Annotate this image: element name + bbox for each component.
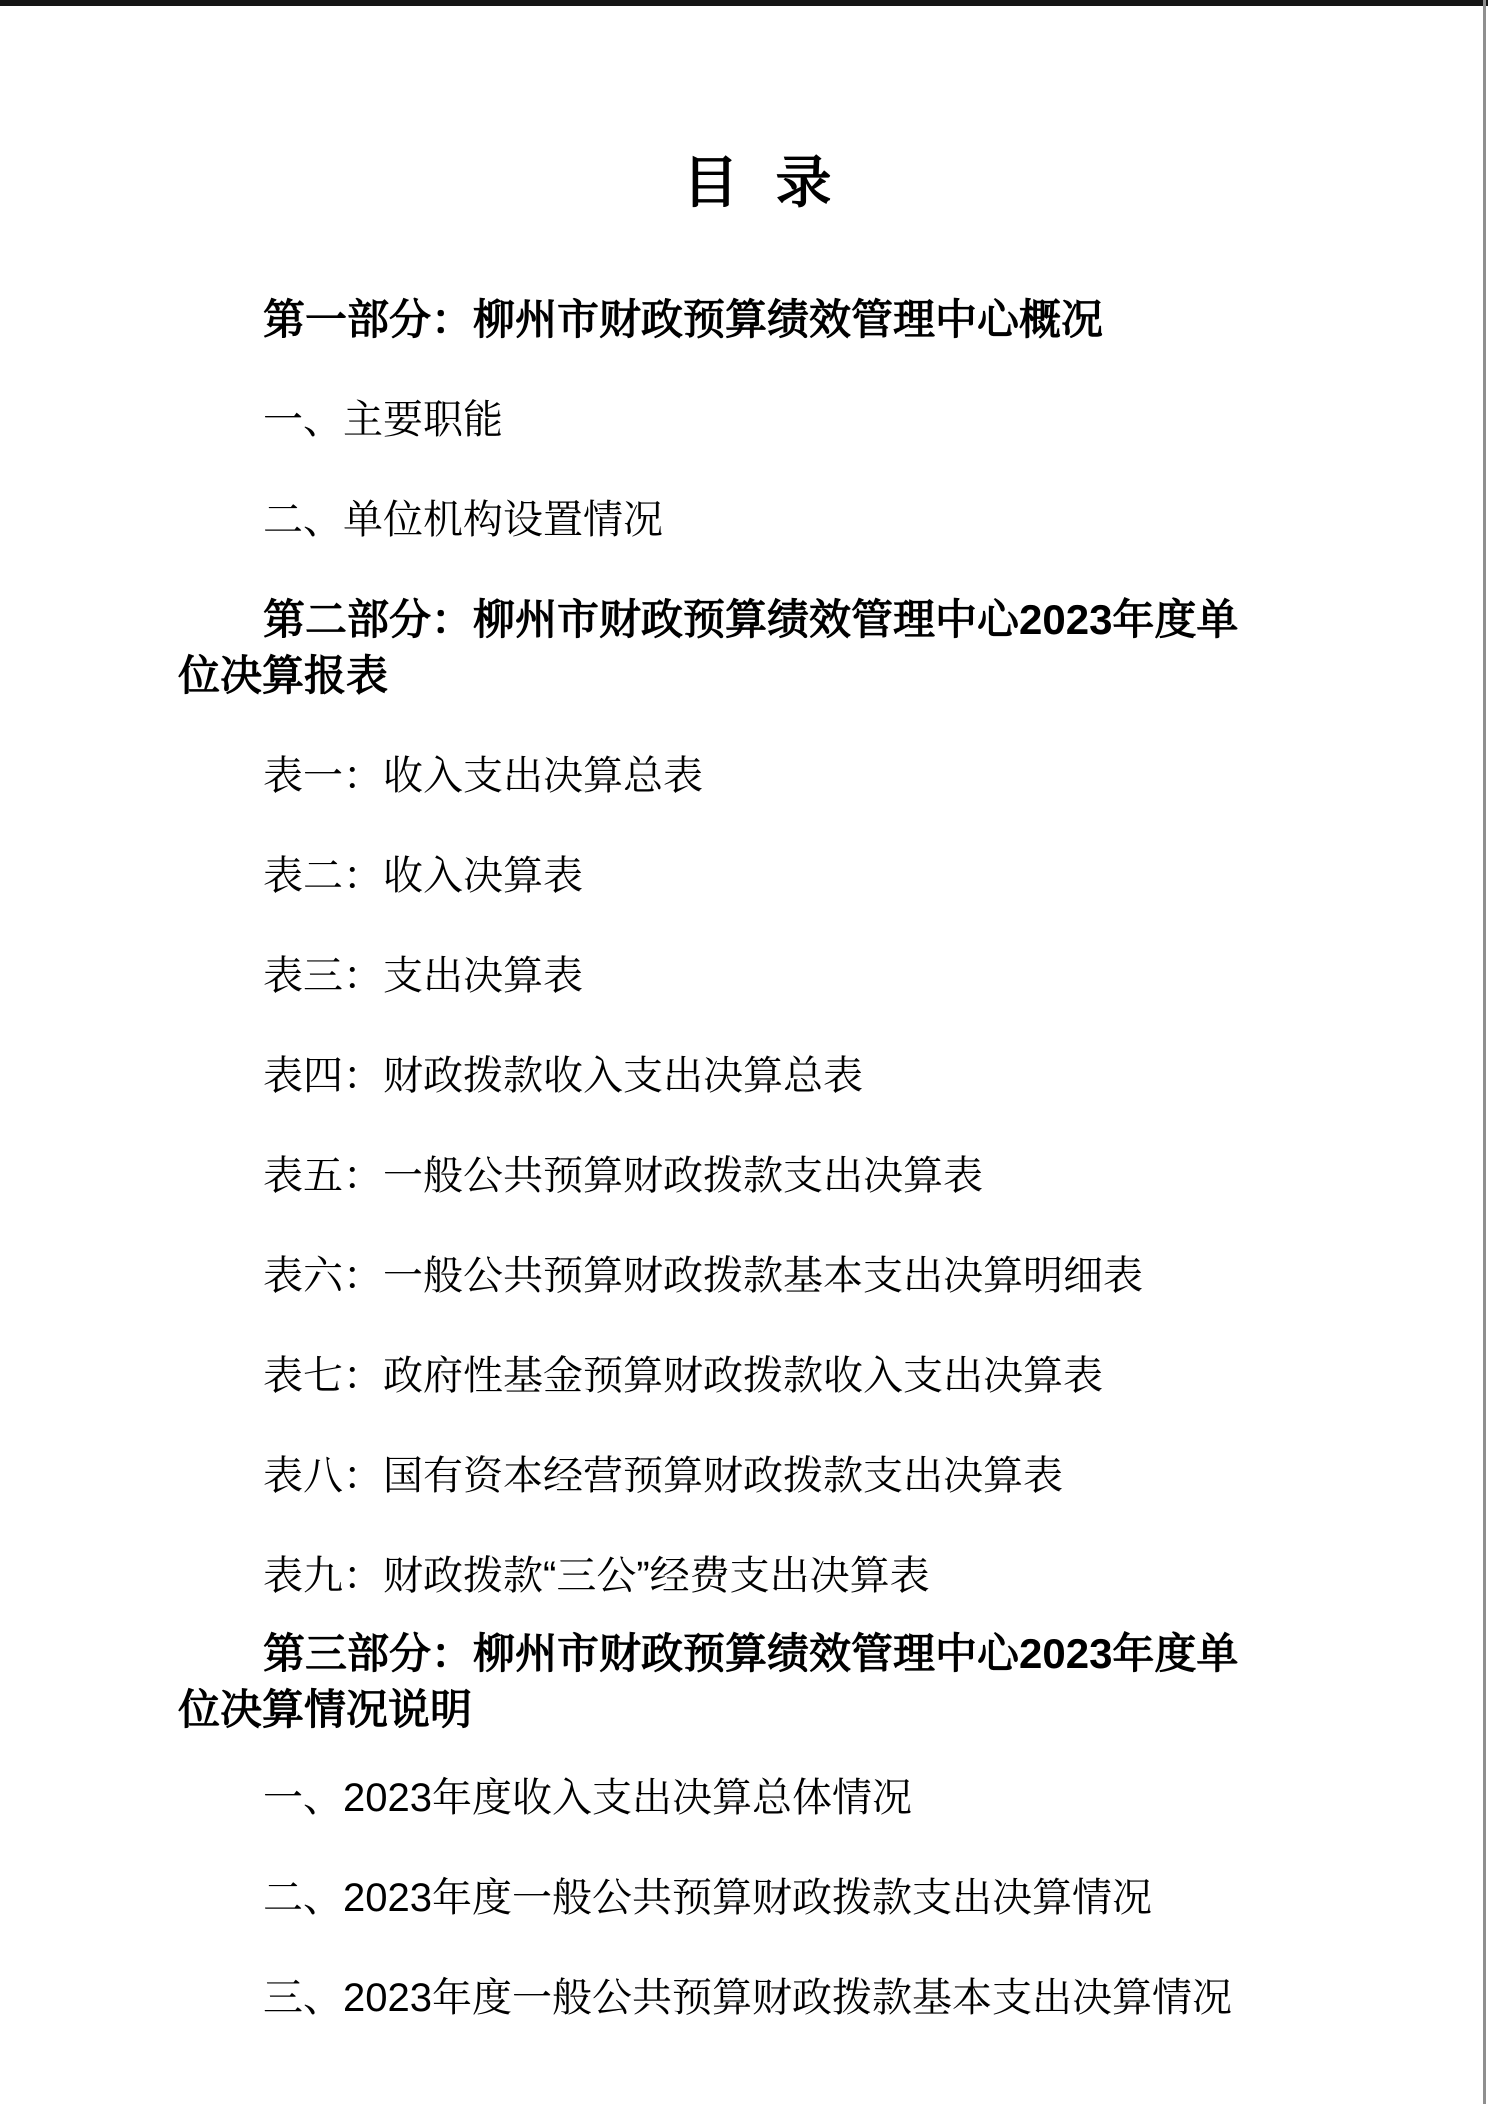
toc-entry: 位决算情况说明	[178, 1682, 1338, 1738]
toc-entry: 第三部分：柳州市财政预算绩效管理中心2023年度单	[178, 1626, 1338, 1682]
toc-entry: 表八：国有资本经营预算财政拨款支出决算表	[178, 1448, 1338, 1504]
toc-entry: 表三：支出决算表	[178, 948, 1338, 1004]
toc-entry: 表二：收入决算表	[178, 848, 1338, 904]
toc-entry: 表七：政府性基金预算财政拨款收入支出决算表	[178, 1348, 1338, 1404]
toc-entry: 表四：财政拨款收入支出决算总表	[178, 1048, 1338, 1104]
toc-entry: 一、主要职能	[178, 392, 1338, 448]
page-title: 目 录	[178, 148, 1338, 218]
page-right-border	[1483, 0, 1486, 2104]
toc-entry: 一、2023年度收入支出决算总体情况	[178, 1770, 1338, 1826]
document-page: 目 录 第一部分：柳州市财政预算绩效管理中心概况一、主要职能二、单位机构设置情况…	[178, 0, 1338, 2070]
table-of-contents: 第一部分：柳州市财政预算绩效管理中心概况一、主要职能二、单位机构设置情况第二部分…	[178, 292, 1338, 2026]
toc-entry: 第二部分：柳州市财政预算绩效管理中心2023年度单	[178, 592, 1338, 648]
toc-entry: 位决算报表	[178, 648, 1338, 704]
toc-entry: 表六：一般公共预算财政拨款基本支出决算明细表	[178, 1248, 1338, 1304]
toc-entry: 第一部分：柳州市财政预算绩效管理中心概况	[178, 292, 1338, 348]
toc-entry: 二、2023年度一般公共预算财政拨款支出决算情况	[178, 1870, 1338, 1926]
toc-entry: 表九：财政拨款“三公”经费支出决算表	[178, 1548, 1338, 1604]
toc-entry: 表一：收入支出决算总表	[178, 748, 1338, 804]
toc-entry: 二、单位机构设置情况	[178, 492, 1338, 548]
toc-entry: 表五：一般公共预算财政拨款支出决算表	[178, 1148, 1338, 1204]
toc-entry: 三、2023年度一般公共预算财政拨款基本支出决算情况	[178, 1970, 1338, 2026]
